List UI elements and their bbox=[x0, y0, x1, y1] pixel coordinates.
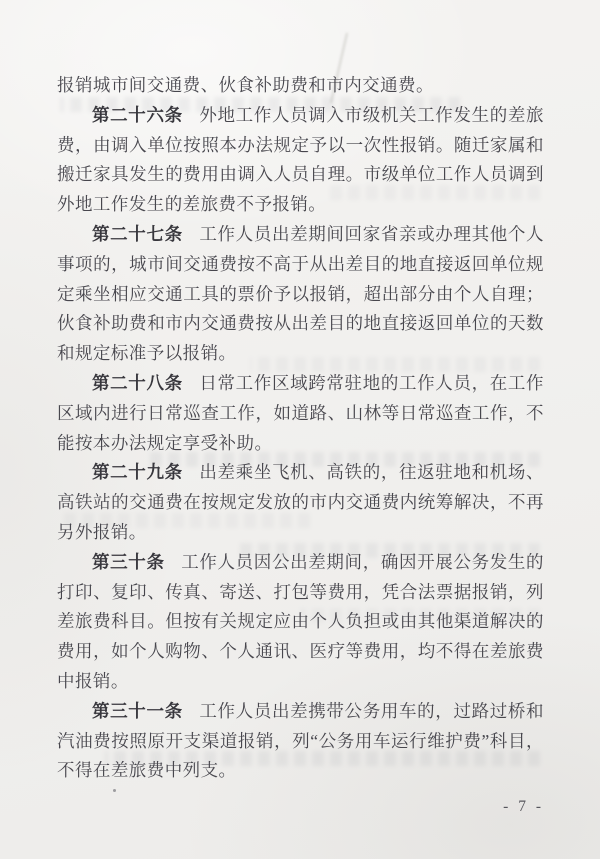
document-body: 报销城市间交通费、伙食补助费和市内交通费。 第二十六条外地工作人员调入市级机关工… bbox=[57, 71, 544, 816]
article-number: 第二十九条 bbox=[92, 462, 183, 482]
article-number: 第二十七条 bbox=[92, 224, 183, 244]
article-paragraph-31: 第三十一条工作人员出差携带公务用车的，过路过桥和汽油费按照原开支渠道报销，列“公… bbox=[57, 697, 544, 786]
paragraph-text: 报销城市间交通费、伙食补助费和市内交通费。 bbox=[57, 75, 434, 95]
continuation-paragraph: 报销城市间交通费、伙食补助费和市内交通费。 bbox=[57, 71, 544, 101]
page-number: - 7 - bbox=[57, 798, 544, 816]
article-text: 工作人员出差期间回家省亲或办理其他个人事项的，城市间交通费按不高于从出差目的地直… bbox=[57, 224, 544, 363]
scanned-page: 报销城市间交通费、伙食补助费和市内交通费。 第二十六条外地工作人员调入市级机关工… bbox=[0, 0, 600, 859]
article-paragraph-29: 第二十九条出差乘坐飞机、高铁的，往返驻地和机场、高铁站的交通费在按规定发放的市内… bbox=[57, 458, 544, 547]
article-number: 第三十条 bbox=[92, 552, 165, 572]
article-number: 第三十一条 bbox=[92, 701, 183, 721]
article-text: 工作人员因公出差期间，确因开展公务发生的打印、复印、传真、寄送、打包等费用，凭合… bbox=[57, 552, 544, 691]
article-paragraph-30: 第三十条工作人员因公出差期间，确因开展公务发生的打印、复印、传真、寄送、打包等费… bbox=[57, 548, 544, 697]
article-paragraph-26: 第二十六条外地工作人员调入市级机关工作发生的差旅费，由调入单位按照本办法规定予以… bbox=[57, 101, 544, 220]
article-paragraph-28: 第二十八条日常工作区域跨常驻地的工作人员，在工作区域内进行日常巡查工作，如道路、… bbox=[57, 369, 544, 458]
article-number: 第二十八条 bbox=[92, 373, 183, 393]
article-paragraph-27: 第二十七条工作人员出差期间回家省亲或办理其他个人事项的，城市间交通费按不高于从出… bbox=[57, 220, 544, 369]
article-number: 第二十六条 bbox=[92, 105, 183, 125]
